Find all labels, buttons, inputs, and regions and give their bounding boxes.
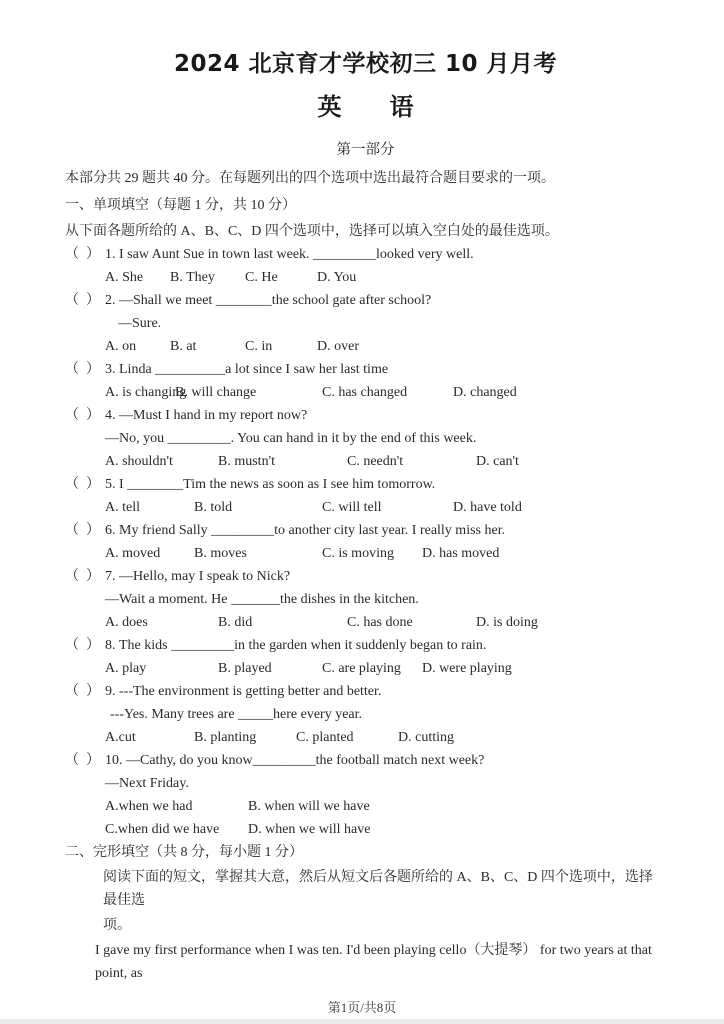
answer-bracket: （ ） bbox=[65, 477, 100, 492]
option-a: A. moved bbox=[105, 542, 194, 565]
option-b: B. played bbox=[218, 657, 322, 680]
option-c: C.when did we have bbox=[105, 818, 248, 841]
option-b: B. did bbox=[218, 611, 347, 634]
question-4-text: 4. —Must I hand in my report now? bbox=[105, 408, 307, 423]
question-7-text: 7. —Hello, may I speak to Nick? bbox=[105, 569, 290, 584]
cloze-passage-opening: I gave my first performance when I was t… bbox=[65, 939, 666, 985]
exam-title: 2024 北京育才学校初三 10 月月考 bbox=[65, 50, 666, 78]
section1-intro: 从下面各题所给的 A、B、C、D 四个选项中，选择可以填入空白处的最佳选项。 bbox=[65, 220, 666, 243]
answer-bracket: （ ） bbox=[65, 638, 100, 653]
question-5-options: A. tell B. told C. will tell D. have tol… bbox=[65, 496, 666, 519]
option-d: D. when we will have bbox=[248, 818, 370, 841]
option-b: B. mustn't bbox=[218, 450, 347, 473]
question-4-reply: —No, you _________. You can hand in it b… bbox=[65, 427, 666, 450]
option-d: D. You bbox=[317, 266, 356, 289]
option-a: A. shouldn't bbox=[105, 450, 218, 473]
question-6-options: A. moved B. moves C. is moving D. has mo… bbox=[65, 542, 666, 565]
question-1-stem: （ ）1. I saw Aunt Sue in town last week. … bbox=[65, 243, 666, 266]
question-9-reply: ---Yes. Many trees are _____here every y… bbox=[65, 703, 666, 726]
exam-subject: 英 语 bbox=[65, 92, 666, 122]
option-b: B. when will we have bbox=[248, 795, 370, 818]
option-a: A. on bbox=[105, 335, 170, 358]
question-8-stem: （ ）8. The kids _________in the garden wh… bbox=[65, 634, 666, 657]
option-d: D. cutting bbox=[398, 726, 454, 749]
answer-bracket: （ ） bbox=[65, 247, 100, 262]
answer-bracket: （ ） bbox=[65, 569, 100, 584]
question-9-stem: （ ）9. ---The environment is getting bett… bbox=[65, 680, 666, 703]
section2-intro-line1: 阅读下面的短文，掌握其大意，然后从短文后各题所给的 A、B、C、D 四个选项中，… bbox=[65, 866, 666, 912]
option-a: A. She bbox=[105, 266, 170, 289]
option-c: C. in bbox=[245, 335, 317, 358]
question-5-stem: （ ）5. I ________Tim the news as soon as … bbox=[65, 473, 666, 496]
question-4-stem: （ ）4. —Must I hand in my report now? bbox=[65, 404, 666, 427]
question-10-text: 10. —Cathy, do you know_________the foot… bbox=[105, 753, 484, 768]
option-d: D. have told bbox=[453, 496, 522, 519]
option-c: C. He bbox=[245, 266, 317, 289]
question-5-text: 5. I ________Tim the news as soon as I s… bbox=[105, 477, 435, 492]
option-c: C. will tell bbox=[322, 496, 453, 519]
option-b: B. will change bbox=[175, 381, 322, 404]
question-6-stem: （ ）6. My friend Sally _________to anothe… bbox=[65, 519, 666, 542]
question-6-text: 6. My friend Sally _________to another c… bbox=[105, 523, 505, 538]
question-10-options-row2: C.when did we have D. when we will have bbox=[65, 818, 666, 841]
option-c: C. planted bbox=[296, 726, 398, 749]
answer-bracket: （ ） bbox=[65, 408, 100, 423]
option-a: A.cut bbox=[105, 726, 194, 749]
option-c: C. is moving bbox=[322, 542, 422, 565]
option-b: B. at bbox=[170, 335, 245, 358]
option-a: A. is changing bbox=[105, 381, 175, 404]
question-2-text: 2. —Shall we meet ________the school gat… bbox=[105, 293, 431, 308]
exam-page: 2024 北京育才学校初三 10 月月考 英 语 第一部分 本部分共 29 题共… bbox=[0, 50, 724, 985]
answer-bracket: （ ） bbox=[65, 362, 100, 377]
option-d: D. were playing bbox=[422, 657, 512, 680]
question-2-options: A. on B. at C. in D. over bbox=[65, 335, 666, 358]
answer-bracket: （ ） bbox=[65, 293, 100, 308]
question-1-text: 1. I saw Aunt Sue in town last week. ___… bbox=[105, 247, 474, 262]
question-8-options: A. play B. played C. are playing D. were… bbox=[65, 657, 666, 680]
section2-heading: 二、完形填空（共 8 分，每小题 1 分） bbox=[65, 841, 666, 864]
question-8-text: 8. The kids _________in the garden when … bbox=[105, 638, 486, 653]
option-d: D. can't bbox=[476, 450, 519, 473]
question-7-stem: （ ）7. —Hello, may I speak to Nick? bbox=[65, 565, 666, 588]
option-c: C. has done bbox=[347, 611, 476, 634]
question-3-stem: （ ）3. Linda __________a lot since I saw … bbox=[65, 358, 666, 381]
option-d: D. changed bbox=[453, 381, 517, 404]
question-9-text: 9. ---The environment is getting better … bbox=[105, 684, 381, 699]
question-10-reply: —Next Friday. bbox=[65, 772, 666, 795]
question-9-options: A.cut B. planting C. planted D. cutting bbox=[65, 726, 666, 749]
option-b: B. planting bbox=[194, 726, 296, 749]
question-7-options: A. does B. did C. has done D. is doing bbox=[65, 611, 666, 634]
question-3-text: 3. Linda __________a lot since I saw her… bbox=[105, 362, 388, 377]
answer-bracket: （ ） bbox=[65, 753, 100, 768]
section2-intro-line2: 项。 bbox=[65, 914, 666, 937]
question-10-options-row1: A.when we had B. when will we have bbox=[65, 795, 666, 818]
option-a: A. tell bbox=[105, 496, 194, 519]
option-d: D. is doing bbox=[476, 611, 538, 634]
option-a: A.when we had bbox=[105, 795, 248, 818]
part-intro: 本部分共 29 题共 40 分。在每题列出的四个选项中选出最符合题目要求的一项。 bbox=[65, 167, 666, 190]
answer-bracket: （ ） bbox=[65, 684, 100, 699]
option-a: A. play bbox=[105, 657, 218, 680]
option-d: D. has moved bbox=[422, 542, 499, 565]
question-4-options: A. shouldn't B. mustn't C. needn't D. ca… bbox=[65, 450, 666, 473]
option-d: D. over bbox=[317, 335, 359, 358]
answer-bracket: （ ） bbox=[65, 523, 100, 538]
option-a: A. does bbox=[105, 611, 218, 634]
option-b: B. They bbox=[170, 266, 245, 289]
question-1-options: A. She B. They C. He D. You bbox=[65, 266, 666, 289]
page-indicator: 第1页/共8页 bbox=[0, 1000, 724, 1016]
question-10-stem: （ ）10. —Cathy, do you know_________the f… bbox=[65, 749, 666, 772]
question-3-options: A. is changing B. will change C. has cha… bbox=[65, 381, 666, 404]
option-c: C. needn't bbox=[347, 450, 476, 473]
question-2-stem: （ ）2. —Shall we meet ________the school … bbox=[65, 289, 666, 312]
section1-heading: 一、单项填空（每题 1 分，共 10 分） bbox=[65, 194, 666, 217]
part-heading: 第一部分 bbox=[65, 139, 666, 162]
option-b: B. told bbox=[194, 496, 322, 519]
option-b: B. moves bbox=[194, 542, 322, 565]
option-c: C. are playing bbox=[322, 657, 422, 680]
question-2-reply: —Sure. bbox=[65, 312, 666, 335]
option-c: C. has changed bbox=[322, 381, 453, 404]
page-bottom-edge bbox=[0, 1019, 724, 1024]
question-7-reply: —Wait a moment. He _______the dishes in … bbox=[65, 588, 666, 611]
